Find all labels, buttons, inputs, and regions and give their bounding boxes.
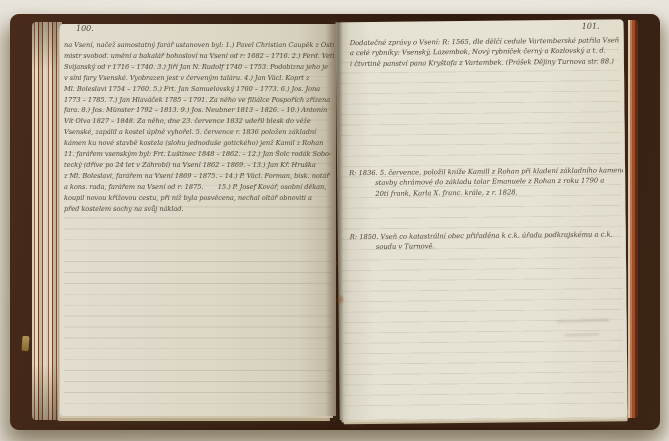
handwritten-line: soudu v Turnově. [350,240,624,253]
right-page-paragraph-1: Dodatečné zprávy o Vsení: R: 1565, dle d… [350,35,624,69]
handwritten-line: před kostelem sochy na svůj náklad. [64,204,334,215]
handwritten-line: Vít Olva 1827 – 1848. Za něho, dne 23. č… [64,116,334,127]
left-page: 100. na Vsení, načež samostatný farář us… [60,24,336,416]
ink-show-through [557,319,609,322]
handwritten-line: Vsenské, zapálil a kostel úplně vyhořel.… [64,127,334,138]
handwritten-line: v síni fary Vsenské. Vyobrazen jest v če… [64,73,334,84]
handwritten-line: Ml. Boleslavi 1754 – 1760. 5.) Frt. Jan … [64,84,334,95]
right-page-paragraph-2: R: 1836. 5. července, položil kníže Kami… [349,165,623,199]
page-edges-left [32,22,62,420]
handwritten-line: Svijanský od r 1716 – 1740. 3.) Jiří Jan… [64,62,334,73]
page-number-right: 101. [582,22,600,31]
handwritten-line: 20ti frank, Karla X. franc. krále, z r. … [349,186,623,199]
ink-show-through [565,333,599,336]
handwritten-line: 11. farářem vsenským byl: Frt. Luštinec … [64,149,334,160]
handwritten-line: na Vsení, načež samostatný farář ustanov… [64,40,334,51]
handwritten-line: tecký (dříve po 24 let v Záhrobí) na Vse… [64,160,334,171]
handwritten-line: mistr svobod. umění a bakalář bohosloví … [64,51,334,62]
handwritten-line: a kons. rada, farářem na Vsení od r: 187… [64,182,334,193]
photo-background: 100. na Vsení, načež samostatný farář us… [0,0,669,441]
handwritten-line: kámen ku nové stavbě kostela (slohu jedn… [64,138,334,149]
clasp-remnant [21,336,29,351]
page-number-left: 100. [76,24,94,33]
handwritten-line: z Ml. Boleslavi, farářem na Vsení 1869 –… [64,171,334,182]
handwritten-line: 1773 – 1785. 7.) Jan Hlaváček 1785 – 179… [64,95,334,106]
left-page-text: na Vsení, načež samostatný farář ustanov… [64,40,334,215]
handwritten-line: koupil novou křížovou cestu, při níž byl… [64,193,334,204]
page-edges-right [628,20,638,418]
handwritten-line: i čtvrtině panství pana Kryštofa z Varte… [350,56,624,69]
ruled-lines [340,39,624,412]
right-page: 101. Dodatečné zprávy o Vsení: R: 1565, … [336,19,628,420]
handwritten-line: fara. 8.) Jos. Münster 1792 – 1813. 9.) … [64,105,334,116]
book: 100. na Vsení, načež samostatný farář us… [10,14,660,430]
right-page-paragraph-3: R: 1850. Vseň co katastrální obec přiřad… [350,229,624,253]
